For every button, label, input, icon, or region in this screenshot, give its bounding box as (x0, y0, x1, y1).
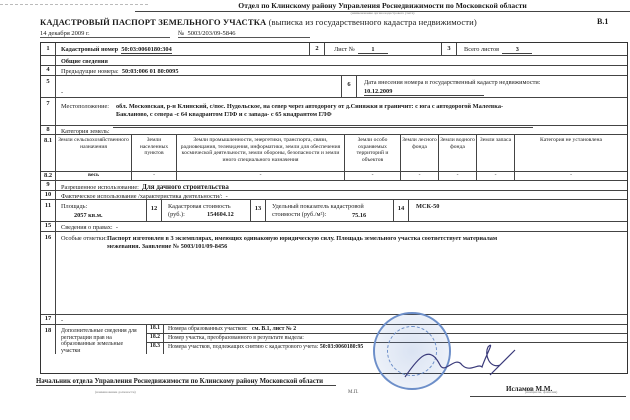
cadastral-number-value: 50:03:0060180:304 (121, 46, 171, 54)
row-number: 14 (393, 200, 409, 221)
rights-info-label: Сведения о правах: (61, 224, 113, 231)
category-value: - (132, 172, 177, 180)
row-number: 1 (41, 43, 56, 55)
additional-info-label: Дополнительные сведения для регистрации … (58, 326, 146, 355)
signer-line: Исламов М.М. (470, 378, 626, 397)
signer-caption: (инициалы, фамилия) (525, 390, 557, 394)
rights-info-value: - (116, 224, 118, 231)
row-general-info: Общие сведения (41, 56, 627, 66)
location-value: обл. Московская, р-н Клинский, с/пос. Ну… (113, 101, 533, 128)
passport-table: 1 Кадастровый номер 50:03:0060180:304 2 … (40, 42, 628, 374)
row-cadastral-number: 1 Кадастровый номер 50:03:0060180:304 2 … (41, 43, 627, 56)
category-value-table: весь - - - - - - - (56, 172, 627, 180)
category-protected: Земли особо охраняемых территорий и объе… (345, 135, 401, 171)
sheet-number-label: Лист № (334, 46, 355, 53)
coordinate-system-value: МСК-50 (413, 201, 442, 222)
permitted-use-label: Разрешенное использование: (61, 184, 139, 191)
location-label: Местоположение: (58, 101, 112, 128)
category-value: - (515, 172, 627, 180)
row-category-headers: 8.1 Земли сельскохозяйственного назначен… (41, 135, 627, 172)
cadastral-number-label: Кадастровый номер (61, 46, 118, 53)
reg-number-value: 5003/203/09-5846 (187, 30, 235, 37)
row-number: 12 (146, 200, 162, 221)
signatory-position: Начальник отдела Управления Роснедвижимо… (36, 378, 336, 386)
removed-plots-label: Номера участков, подлежащих снятию с кад… (168, 344, 318, 350)
row-permitted-use: 9 Разрешенное использование: Для дачного… (41, 181, 627, 191)
category-value: весь (56, 172, 132, 180)
row-number: 3 (441, 43, 457, 55)
previous-numbers-field: Предыдущие номера: 50:03:006 01 80:0095 (58, 66, 181, 75)
formed-plots-value: см. В.1, лист № 2 (252, 326, 296, 332)
general-info-heading: Общие сведения (58, 56, 111, 65)
special-notes-label: Особые отметки: (58, 233, 110, 315)
scan-artifact-line (0, 4, 150, 5)
removed-plots-field: Номера участков, подлежащих снятию с кад… (168, 344, 363, 350)
seal-placeholder: М.П. (348, 390, 359, 395)
row-number: 5 (41, 76, 56, 97)
subrow-number: 18.2 (146, 334, 164, 342)
category-industry: Земли промышленности, энергетики, трансп… (177, 135, 345, 171)
category-header-table: Земли сельскохозяйственного назначения З… (56, 135, 627, 171)
row-additional-info: 18 Дополнительные сведения для регистрац… (41, 325, 627, 354)
row-special-notes: 16 Особые отметки: Паспорт изготовлен в … (41, 232, 627, 315)
formed-plots-field: Номера образованных участков: см. В.1, л… (168, 326, 296, 332)
sheet-number-value: 1 (358, 46, 388, 54)
row-17: 17 - (41, 315, 627, 325)
category-value: - (401, 172, 439, 180)
category-forest: Земли лесного фонда (401, 135, 439, 171)
previous-numbers-label: Предыдущие номера: (61, 68, 119, 75)
row-number: 11 (41, 200, 56, 221)
total-sheets-value: 3 (502, 46, 532, 54)
row-area-value: 11 Площадь: 2057 кв.м. 12 Кадастровая ст… (41, 200, 627, 222)
row-number: 8 (41, 126, 56, 134)
document-title-main: КАДАСТРОВЫЙ ПАСПОРТ ЗЕМЕЛЬНОГО УЧАСТКА (40, 17, 266, 27)
area-label: Площадь: (61, 203, 103, 210)
row-previous-numbers: 4 Предыдущие номера: 50:03:006 01 80:009… (41, 66, 627, 76)
registration-number: № 5003/203/09-5846 (178, 30, 310, 38)
subrow-number: 18.3 (146, 343, 164, 354)
permitted-use-field: Разрешенное использование: Для дачного с… (58, 181, 232, 190)
row-category-values: 8.2 весь - - - - - - - (41, 172, 627, 181)
actual-use-label: Фактическое использование /характеристик… (61, 193, 223, 200)
entry-date-field: Дата внесения номера в государственный к… (361, 77, 543, 98)
area-field: Площадь: 2057 кв.м. (58, 201, 106, 222)
category-water: Земли водного фонда (439, 135, 477, 171)
special-notes-value: Паспорт изготовлен в 3 экземплярах, имею… (104, 233, 534, 315)
cadastral-value-amount: 154604.12 (207, 211, 234, 218)
category-settlements: Земли населенных пунктов (132, 135, 177, 171)
area-value: 2057 кв.м. (74, 212, 103, 219)
row-rights-info: 15 Сведения о правах: - (41, 222, 627, 232)
category-agricultural: Земли сельскохозяйственного назначения (56, 135, 132, 171)
specific-value-label: Удельный показатель кадастровой стоимост… (269, 201, 389, 222)
row-number: 15 (41, 222, 56, 231)
row-number: 16 (41, 232, 56, 314)
row-number: 8.2 (41, 172, 56, 180)
row-entry-date: 5 - 6 Дата внесения номера в государстве… (41, 76, 627, 98)
removed-plots-value: 50:03:0060180:95 (320, 344, 363, 350)
row-number-empty (41, 56, 56, 65)
previous-numbers-value: 50:03:006 01 80:0095 (122, 68, 179, 76)
position-caption: (наименование должности) (95, 390, 136, 394)
row-number: 6 (341, 76, 357, 97)
row-number: 2 (309, 43, 325, 55)
subrow-number: 18.1 (146, 325, 164, 333)
row-number: 13 (250, 200, 266, 221)
transformed-plot-label: Номер участка, преобразованного в резуль… (168, 335, 304, 341)
cadastral-value-field: Кадастровая стоимость (руб.): 154604.12 (165, 201, 249, 222)
row-number: 18 (41, 325, 56, 354)
row-number: 17 (41, 315, 56, 324)
row-location: 7 Местоположение: обл. Московская, р-н К… (41, 98, 627, 126)
row-number: 8.1 (41, 135, 56, 171)
document-title-sub: (выписка из государственного кадастра не… (266, 17, 476, 27)
category-undefined: Категория не установлена (515, 135, 627, 171)
sheet-number-field: Лист № 1 (331, 44, 391, 56)
rights-info-field: Сведения о правах: - (58, 222, 121, 231)
row-number: 10 (41, 191, 56, 199)
field-17-value: - (58, 315, 66, 324)
cadastral-number-field: Кадастровый номер 50:03:0060180:304 (58, 44, 175, 56)
category-value: - (177, 172, 345, 180)
document-date: 14 декабря 2009 г. (40, 30, 170, 38)
permitted-use-value: Для дачного строительства (142, 183, 229, 191)
entry-date-value: 10.12.2009 (364, 88, 484, 96)
actual-use-value: - (226, 193, 228, 200)
entry-date-label: Дата внесения номера в государственный к… (364, 79, 540, 86)
formed-plots-label: Номера образованных участков: (168, 326, 248, 332)
actual-use-field: Фактическое использование /характеристик… (58, 191, 231, 199)
category-value: - (477, 172, 515, 180)
document-title: КАДАСТРОВЫЙ ПАСПОРТ ЗЕМЕЛЬНОГО УЧАСТКА (… (40, 17, 477, 27)
category-reserve: Земли запаса (477, 135, 515, 171)
row-number: 4 (41, 66, 56, 75)
land-category-label: Категория земель: (58, 126, 113, 134)
row-land-category: 8 Категория земель: (41, 126, 627, 135)
total-sheets-label: Всего листов (464, 46, 499, 53)
total-sheets-field: Всего листов 3 (461, 44, 535, 56)
category-value: - (439, 172, 477, 180)
row-number: 7 (41, 98, 56, 125)
reg-prefix: № (178, 30, 184, 37)
category-value: - (345, 172, 401, 180)
issuing-organization-caption: (наименование органа кадастрового учета) (135, 11, 630, 15)
sheet-code: В.1 (597, 17, 608, 26)
row-actual-use: 10 Фактическое использование /характерис… (41, 191, 627, 200)
row-number: 9 (41, 181, 56, 190)
